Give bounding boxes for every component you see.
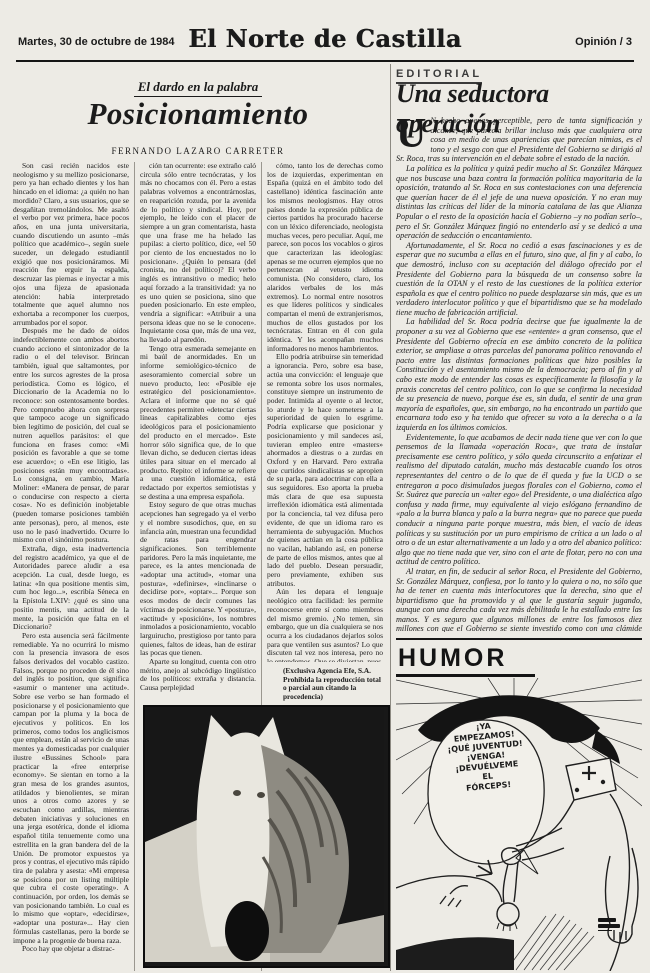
humor-title: HUMOR <box>396 644 535 677</box>
editorial-body: UN hecho apenas perceptible, pero de tan… <box>396 116 642 632</box>
article-posicionamiento: El dardo en la palabra Posicionamiento F… <box>8 64 388 971</box>
cat-photo-drawing <box>145 707 384 962</box>
article-title: Posicionamiento <box>8 96 388 132</box>
article-byline: FERNANDO LAZARO CARRETER <box>8 146 388 156</box>
header-rule <box>16 60 634 62</box>
page-content: El dardo en la palabra Posicionamiento F… <box>8 64 642 971</box>
page-header: Martes, 30 de octubre de 1984 El Norte d… <box>16 24 634 58</box>
editorial-lead: UN hecho apenas perceptible, pero de tan… <box>396 116 642 164</box>
speech-bubble: ¡YAEMPEZAMOS!¡QUÉ JUVENTUD!¡VENGA!¡DEVUÉ… <box>427 717 545 796</box>
humor-section-rule <box>396 638 642 640</box>
agency-note: (Exclusiva Agencia Efe, S.A. Prohibida l… <box>267 667 383 701</box>
section-page-label: Opinión / 3 <box>575 36 632 48</box>
drop-cap: U <box>396 116 430 150</box>
editorial-paragraphs: La política es la política y quizá pedir… <box>396 164 642 632</box>
article-kicker: El dardo en la palabra <box>134 79 263 97</box>
humor-cartoon: ¡YAEMPEZAMOS!¡QUÉ JUVENTUD!¡VENGA!¡DEVUÉ… <box>396 678 642 971</box>
cat-photo <box>143 705 390 968</box>
column-divider <box>390 64 391 971</box>
newspaper-page: Martes, 30 de octubre de 1984 El Norte d… <box>0 0 650 973</box>
masthead: El Norte de Castilla <box>16 24 634 53</box>
right-column: EDITORIAL Una seductora operación UN hec… <box>396 64 642 971</box>
article-column-1: Son casi recién nacidos este neologismo … <box>8 162 134 971</box>
kicker-wrap: El dardo en la palabra <box>8 78 388 97</box>
